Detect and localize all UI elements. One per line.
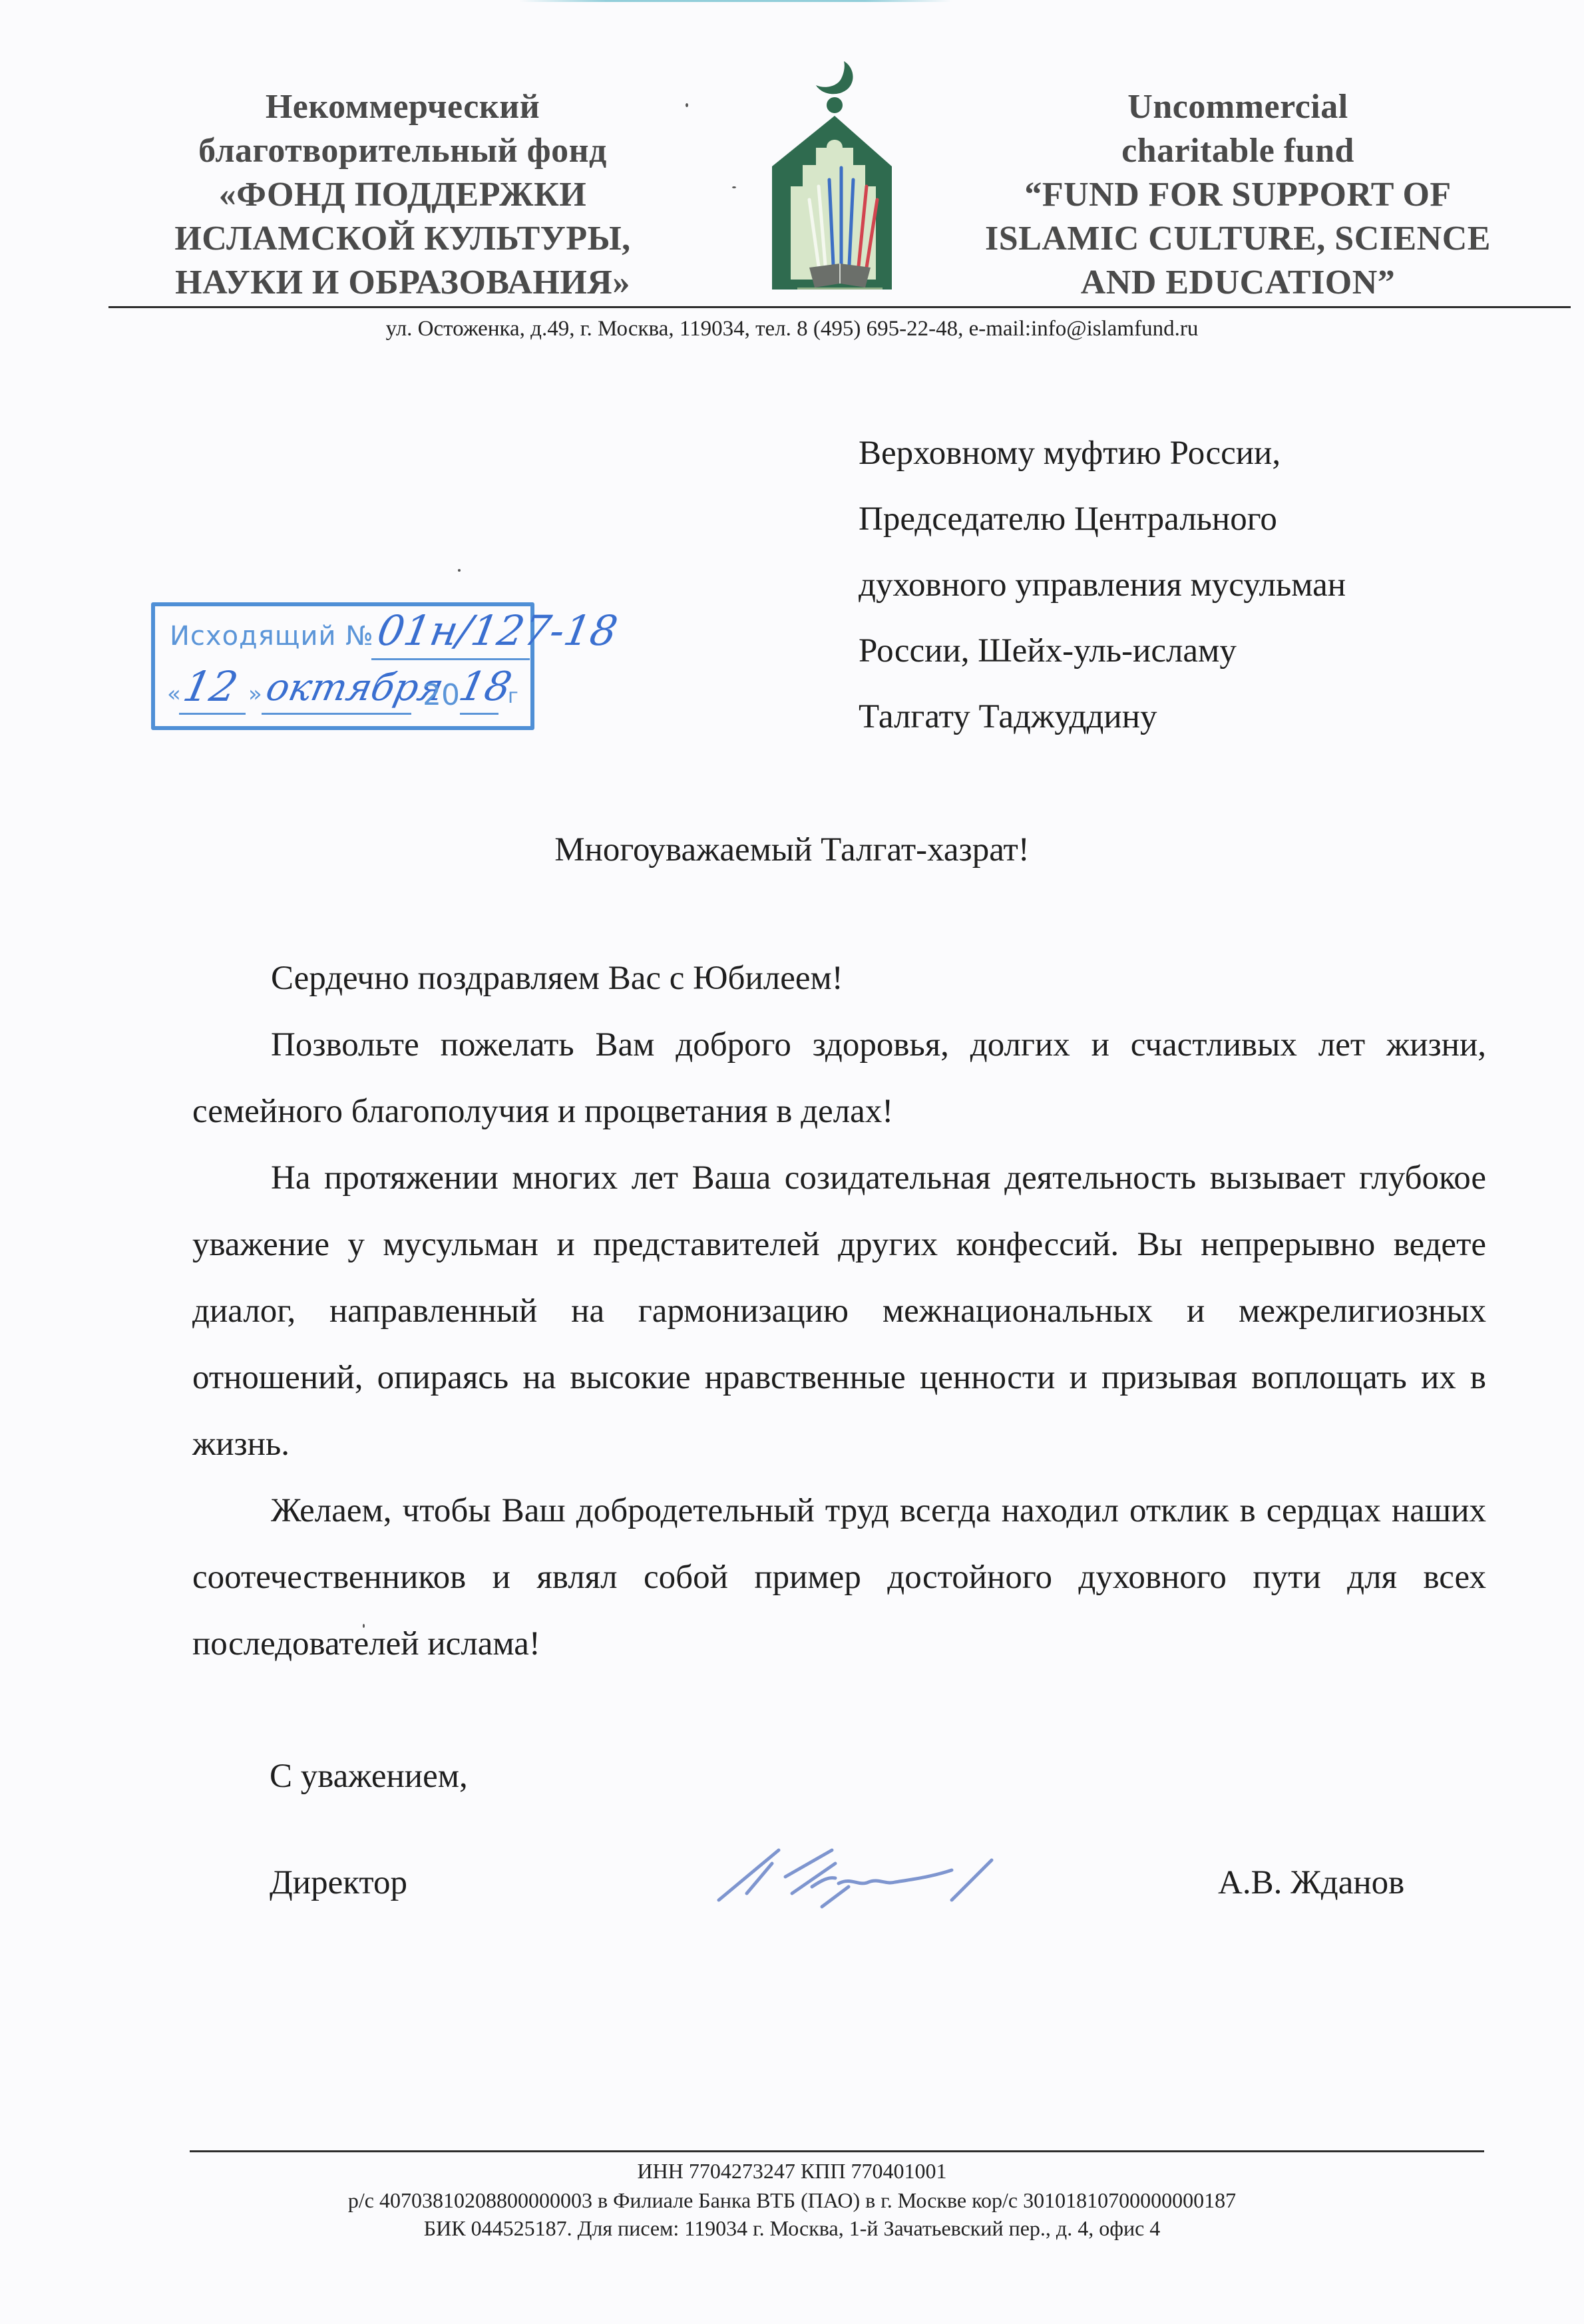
recipient-line: России, Шейх-уль-исламу [859, 618, 1346, 684]
letterhead-en-line: charitable fund [932, 129, 1544, 173]
letterhead-en-line: AND EDUCATION” [932, 261, 1544, 305]
letterhead-ru-line: ИСЛАМСКОЙ КУЛЬТУРЫ, [106, 217, 699, 261]
recipient-line: Председателю Центрального [859, 486, 1346, 552]
stamp-year-unit: г [508, 685, 518, 708]
scan-speck [686, 103, 688, 107]
footer-tax-ids: ИНН 7704273247 КПП 770401001 [0, 2159, 1584, 2184]
letterhead-ru-line: Некоммерческий [106, 85, 699, 129]
letter-paragraph: Сердечно поздравляем Вас с Юбилеем! [192, 945, 1486, 1012]
stamp-quote-open: « [167, 681, 181, 707]
letter-closing: С уважением, [270, 1757, 468, 1796]
letterhead-divider [108, 306, 1571, 308]
signer-name: А.В. Жданов [1218, 1863, 1404, 1902]
letterhead-ru-line: «ФОНД ПОДДЕРЖКИ [106, 173, 699, 217]
stamp-year-underline [460, 713, 498, 715]
letter-paragraph: Желаем, чтобы Ваш добродетельный труд вс… [192, 1477, 1486, 1677]
stamp-day-underline [179, 713, 246, 715]
stamp-year-prefix: 20 [423, 678, 460, 712]
stamp-year-suffix: 18 [455, 664, 516, 710]
handwritten-signature-icon [686, 1824, 1005, 1910]
stamp-month: октября [262, 666, 447, 709]
letterhead-en-line: ISLAMIC CULTURE, SCIENCE [932, 217, 1544, 261]
signer-position: Директор [270, 1863, 407, 1902]
recipient-line: Талгату Таджуддину [859, 684, 1346, 750]
stamp-number-underline [371, 658, 530, 660]
recipient-block: Верховному муфтию России, Председателю Ц… [859, 421, 1346, 750]
recipient-line: Верховному муфтию России, [859, 421, 1346, 486]
scan-artifact [519, 0, 952, 2]
recipient-line: духовного управления мусульман [859, 552, 1346, 618]
letterhead-en-line: Uncommercial [932, 85, 1544, 129]
stamp-outgoing-label: Исходящий № [170, 621, 374, 652]
fund-logo-icon [765, 53, 898, 293]
letter-paragraph: Позвольте пожелать Вам доброго здоровья,… [192, 1012, 1486, 1145]
stamp-day: 12 [179, 662, 242, 711]
letterhead-en-line: “FUND FOR SUPPORT OF [932, 173, 1544, 217]
letterhead-russian-name: Некоммерческий благотворительный фонд «Ф… [106, 85, 699, 305]
scan-speck [363, 1624, 365, 1628]
footer-bik-mail-address: БИК 044525187. Для писем: 119034 г. Моск… [0, 2216, 1584, 2241]
stamp-quote-close: » [248, 681, 262, 707]
stamp-month-underline [262, 713, 411, 715]
letter-greeting: Многоуважаемый Талгат-хазрат! [0, 831, 1584, 869]
letterhead-contacts: ул. Остоженка, д.49, г. Москва, 119034, … [0, 317, 1584, 341]
footer-divider [190, 2150, 1484, 2152]
letterhead-ru-line: НАУКИ И ОБРАЗОВАНИЯ» [106, 261, 699, 305]
stamp-outgoing-number: 01н/127-18 [374, 606, 622, 655]
letterhead-english-name: Uncommercial charitable fund “FUND FOR S… [932, 85, 1544, 305]
letter-paragraph: На протяжении многих лет Ваша созидатель… [192, 1145, 1486, 1477]
outgoing-registration-stamp: Исходящий № 01н/127-18 « 12 » октября 20… [151, 602, 534, 730]
letterhead-ru-line: благотворительный фонд [106, 129, 699, 173]
scan-speck [458, 569, 461, 572]
footer-bank-account: р/с 40703810208800000003 в Филиале Банка… [0, 2188, 1584, 2213]
scan-speck [732, 186, 736, 188]
